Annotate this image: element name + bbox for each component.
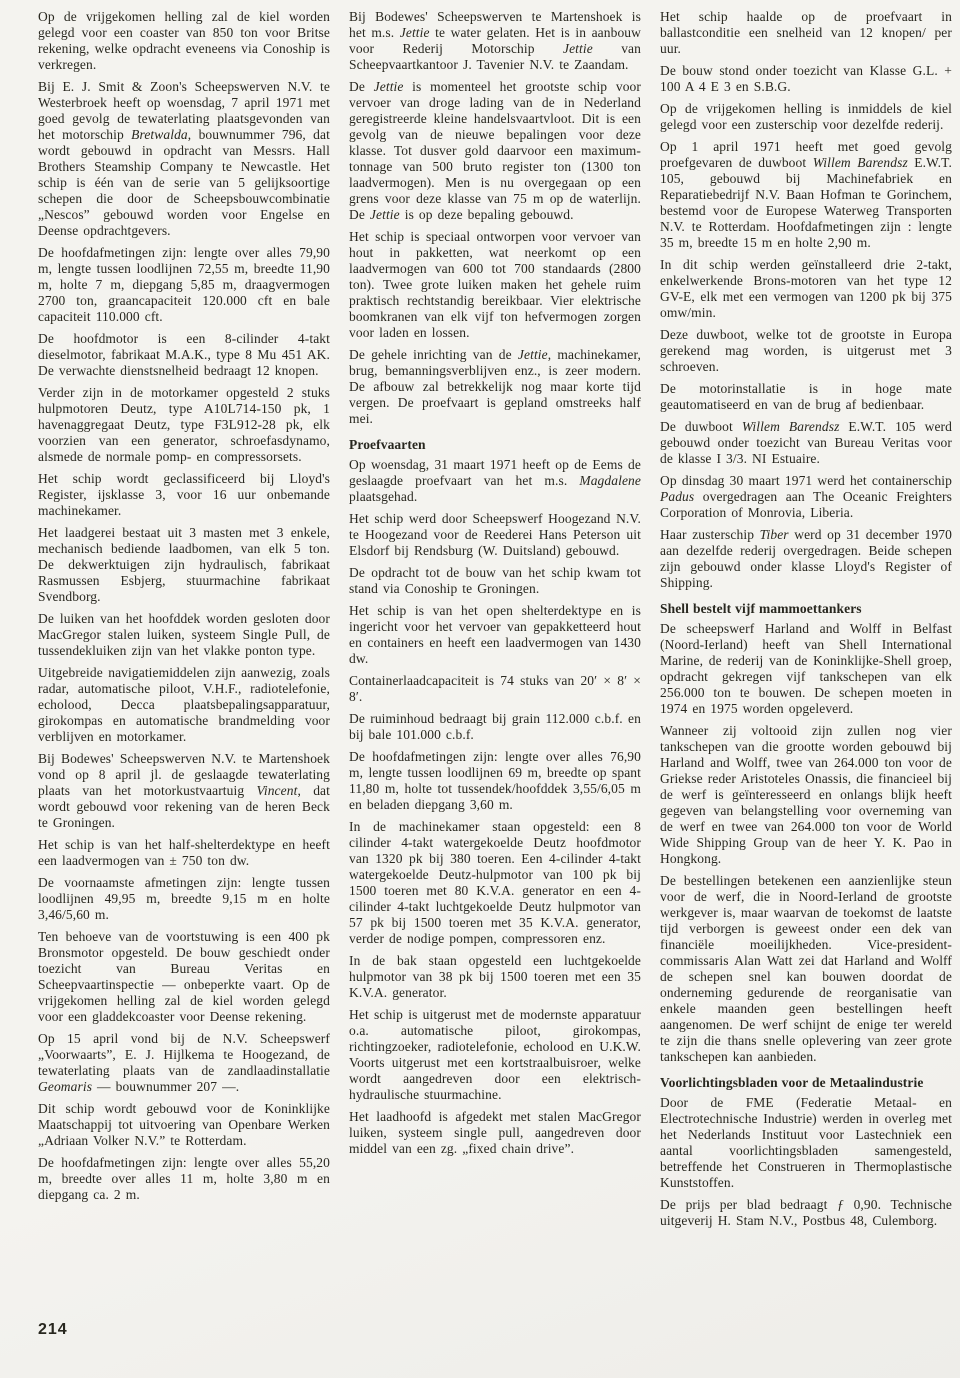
paragraph: Containerlaadcapaciteit is 74 stuks van …: [349, 673, 641, 705]
text-run: De motorinstallatie is in hoge mate geau…: [660, 381, 952, 412]
emphasized-text: Jettie: [370, 207, 400, 222]
emphasized-text: Magdalene: [579, 473, 641, 488]
text-run: overgedragen aan The Oceanic Freighters …: [660, 489, 952, 520]
text-run: Het schip wordt geclassificeerd bij Lloy…: [38, 471, 330, 518]
paragraph: De Jettie is momenteel het grootste schi…: [349, 79, 641, 223]
text-run: plaatsgehad.: [349, 489, 417, 504]
paragraph: De gehele inrichting van de Jettie, mach…: [349, 347, 641, 427]
paragraph: De hoofdafmetingen zijn: lengte over all…: [349, 749, 641, 813]
emphasized-text: Tiber: [760, 527, 789, 542]
paragraph: In de machinekamer staan opgesteld: een …: [349, 819, 641, 947]
page-number: 214: [38, 1321, 68, 1339]
paragraph: Het schip is van het half-shelterdektype…: [38, 837, 330, 869]
text-run: De bestellingen betekenen een aanzienlij…: [660, 873, 952, 1064]
paragraph: De bouw stond onder toezicht van Klasse …: [660, 63, 952, 95]
text-run: De hoofdmotor is een 8-cilinder 4-takt d…: [38, 331, 330, 378]
text-run: Het schip is van het open shelterdektype…: [349, 603, 641, 666]
text-run: Verder zijn in de motorkamer opgesteld 2…: [38, 385, 330, 464]
text-run: is momenteel het grootste schip voor ver…: [349, 79, 641, 222]
text-run: Containerlaadcapaciteit is 74 stuks van …: [349, 673, 641, 704]
paragraph: De opdracht tot de bouw van het schip kw…: [349, 565, 641, 597]
text-run: Het schip is van het half-shelterdektype…: [38, 837, 330, 868]
text-run: In dit schip werden geïnstalleerd drie 2…: [660, 257, 952, 320]
magazine-page: Op de vrijgekomen helling zal de kiel wo…: [0, 0, 960, 1378]
text-run: Op de vrijgekomen helling is inmiddels d…: [660, 101, 952, 132]
paragraph: Op de vrijgekomen helling zal de kiel wo…: [38, 9, 330, 73]
emphasized-text: Willem Barendsz: [742, 419, 840, 434]
text-run: Het laadgerei bestaat uit 3 masten met 3…: [38, 525, 330, 604]
text-run: Shell bestelt vijf mammoettankers: [660, 601, 862, 616]
emphasized-text: Geomaris: [38, 1079, 92, 1094]
paragraph: De prijs per blad bedraagt ƒ 0,90. Techn…: [660, 1197, 952, 1229]
text-run: De hoofdafmetingen zijn: lengte over all…: [38, 245, 330, 324]
text-run: — bouwnummer 207 —.: [92, 1079, 239, 1094]
text-run: Op 15 april vond bij de N.V. Scheepswerf…: [38, 1031, 330, 1078]
text-run: De opdracht tot de bouw van het schip kw…: [349, 565, 641, 596]
paragraph: Op dinsdag 30 maart 1971 werd het contai…: [660, 473, 952, 521]
paragraph: Het schip is speciaal ontworpen voor ver…: [349, 229, 641, 341]
column-2: Bij Bodewes' Scheepswerven te Martenshoe…: [349, 9, 641, 1235]
paragraph: Deze duwboot, welke tot de grootste in E…: [660, 327, 952, 375]
paragraph: In dit schip werden geïnstalleerd drie 2…: [660, 257, 952, 321]
text-run: Deze duwboot, welke tot de grootste in E…: [660, 327, 952, 374]
paragraph: Bij E. J. Smit & Zoon's Scheepswerven N.…: [38, 79, 330, 239]
text-run: Voorlichtingsbladen voor de Metaalindust…: [660, 1075, 923, 1090]
paragraph: Wanneer zij voltooid zijn zullen nog vie…: [660, 723, 952, 867]
text-run: Het schip is speciaal ontworpen voor ver…: [349, 229, 641, 340]
emphasized-text: Padus: [660, 489, 694, 504]
section-heading: Shell bestelt vijf mammoettankers: [660, 601, 952, 617]
paragraph: Op de vrijgekomen helling is inmiddels d…: [660, 101, 952, 133]
emphasized-text: Willem Barendsz: [813, 155, 908, 170]
paragraph: Op 15 april vond bij de N.V. Scheepswerf…: [38, 1031, 330, 1095]
paragraph: Het laadhoofd is afgedekt met stalen Mac…: [349, 1109, 641, 1157]
emphasized-text: Jettie: [400, 25, 430, 40]
paragraph: De duwboot Willem Barendsz E.W.T. 105 we…: [660, 419, 952, 467]
text-run: De ruiminhoud bedraagt bij grain 112.000…: [349, 711, 641, 742]
text-run: De prijs per blad bedraagt: [660, 1197, 837, 1212]
emphasized-text: Jettie: [374, 79, 404, 94]
paragraph: In de bak staan opgesteld een luchtgekoe…: [349, 953, 641, 1001]
text-run: De voornaamste afmetingen zijn: lengte t…: [38, 875, 330, 922]
emphasized-text: Bretwalda: [131, 127, 188, 142]
paragraph: Haar zusterschip Tiber werd op 31 decemb…: [660, 527, 952, 591]
text-run: Op de vrijgekomen helling zal de kiel wo…: [38, 9, 330, 72]
paragraph: Het schip haalde op de proefvaart in bal…: [660, 9, 952, 57]
text-run: Het schip werd door Scheepswerf Hoogezan…: [349, 511, 641, 558]
paragraph: Het schip wordt geclassificeerd bij Lloy…: [38, 471, 330, 519]
text-run: , bouwnummer 796, dat wordt gebouwd in o…: [38, 127, 330, 238]
text-columns: Op de vrijgekomen helling zal de kiel wo…: [38, 9, 952, 1235]
paragraph: Het laadgerei bestaat uit 3 masten met 3…: [38, 525, 330, 605]
paragraph: Uitgebreide navigatiemiddelen zijn aanwe…: [38, 665, 330, 745]
paragraph: Dit schip wordt gebouwd voor de Koninkli…: [38, 1101, 330, 1149]
paragraph: De motorinstallatie is in hoge mate geau…: [660, 381, 952, 413]
text-run: Ten behoeve van de voortstuwing is een 4…: [38, 929, 330, 1024]
text-run: De hoofdafmetingen zijn: lengte over all…: [38, 1155, 330, 1202]
text-run: In de bak staan opgesteld een luchtgekoe…: [349, 953, 641, 1000]
text-run: Proefvaarten: [349, 437, 426, 452]
text-run: De scheepswerf Harland and Wolff in Belf…: [660, 621, 952, 716]
text-run: Wanneer zij voltooid zijn zullen nog vie…: [660, 723, 952, 866]
emphasized-text: Jettie: [518, 347, 548, 362]
paragraph: Bij Bodewes' Scheepswerven te Martenshoe…: [349, 9, 641, 73]
paragraph: De scheepswerf Harland and Wolff in Belf…: [660, 621, 952, 717]
column-3: Het schip haalde op de proefvaart in bal…: [660, 9, 952, 1235]
text-run: In de machinekamer staan opgesteld: een …: [349, 819, 641, 946]
emphasized-text: Jettie: [563, 41, 593, 56]
paragraph: Het schip is uitgerust met de modernste …: [349, 1007, 641, 1103]
paragraph: Het schip is van het open shelterdektype…: [349, 603, 641, 667]
text-run: De: [349, 79, 374, 94]
paragraph: Op woensdag, 31 maart 1971 heeft op de E…: [349, 457, 641, 505]
column-1: Op de vrijgekomen helling zal de kiel wo…: [38, 9, 330, 1235]
text-run: Uitgebreide navigatiemiddelen zijn aanwe…: [38, 665, 330, 744]
text-run: Door de FME (Federatie Metaal- en Electr…: [660, 1095, 952, 1190]
text-run: De hoofdafmetingen zijn: lengte over all…: [349, 749, 641, 812]
text-run: Het laadhoofd is afgedekt met stalen Mac…: [349, 1109, 641, 1156]
paragraph: Ten behoeve van de voortstuwing is een 4…: [38, 929, 330, 1025]
paragraph: De hoofdafmetingen zijn: lengte over all…: [38, 1155, 330, 1203]
text-run: is op deze bepaling gebouwd.: [400, 207, 574, 222]
section-heading: Voorlichtingsbladen voor de Metaalindust…: [660, 1075, 952, 1091]
text-run: Dit schip wordt gebouwd voor de Koninkli…: [38, 1101, 330, 1148]
text-run: Op dinsdag 30 maart 1971 werd het contai…: [660, 473, 952, 488]
text-run: De duwboot: [660, 419, 742, 434]
text-run: De luiken van het hoofddek worden geslot…: [38, 611, 330, 658]
paragraph: De hoofdmotor is een 8-cilinder 4-takt d…: [38, 331, 330, 379]
section-heading: Proefvaarten: [349, 437, 641, 453]
emphasized-text: ƒ: [837, 1197, 844, 1212]
text-run: De bouw stond onder toezicht van Klasse …: [660, 63, 952, 94]
paragraph: Op 1 april 1971 heeft met goed gevolg pr…: [660, 139, 952, 251]
paragraph: Bij Bodewes' Scheepswerven N.V. te Marte…: [38, 751, 330, 831]
text-run: Het schip is uitgerust met de modernste …: [349, 1007, 641, 1102]
paragraph: Verder zijn in de motorkamer opgesteld 2…: [38, 385, 330, 465]
paragraph: Door de FME (Federatie Metaal- en Electr…: [660, 1095, 952, 1191]
paragraph: De bestellingen betekenen een aanzienlij…: [660, 873, 952, 1065]
paragraph: De luiken van het hoofddek worden geslot…: [38, 611, 330, 659]
text-run: Het schip haalde op de proefvaart in bal…: [660, 9, 952, 56]
paragraph: Het schip werd door Scheepswerf Hoogezan…: [349, 511, 641, 559]
paragraph: De hoofdafmetingen zijn: lengte over all…: [38, 245, 330, 325]
paragraph: De voornaamste afmetingen zijn: lengte t…: [38, 875, 330, 923]
text-run: De gehele inrichting van de: [349, 347, 518, 362]
emphasized-text: Vincent: [257, 783, 298, 798]
paragraph: De ruiminhoud bedraagt bij grain 112.000…: [349, 711, 641, 743]
text-run: Haar zusterschip: [660, 527, 760, 542]
